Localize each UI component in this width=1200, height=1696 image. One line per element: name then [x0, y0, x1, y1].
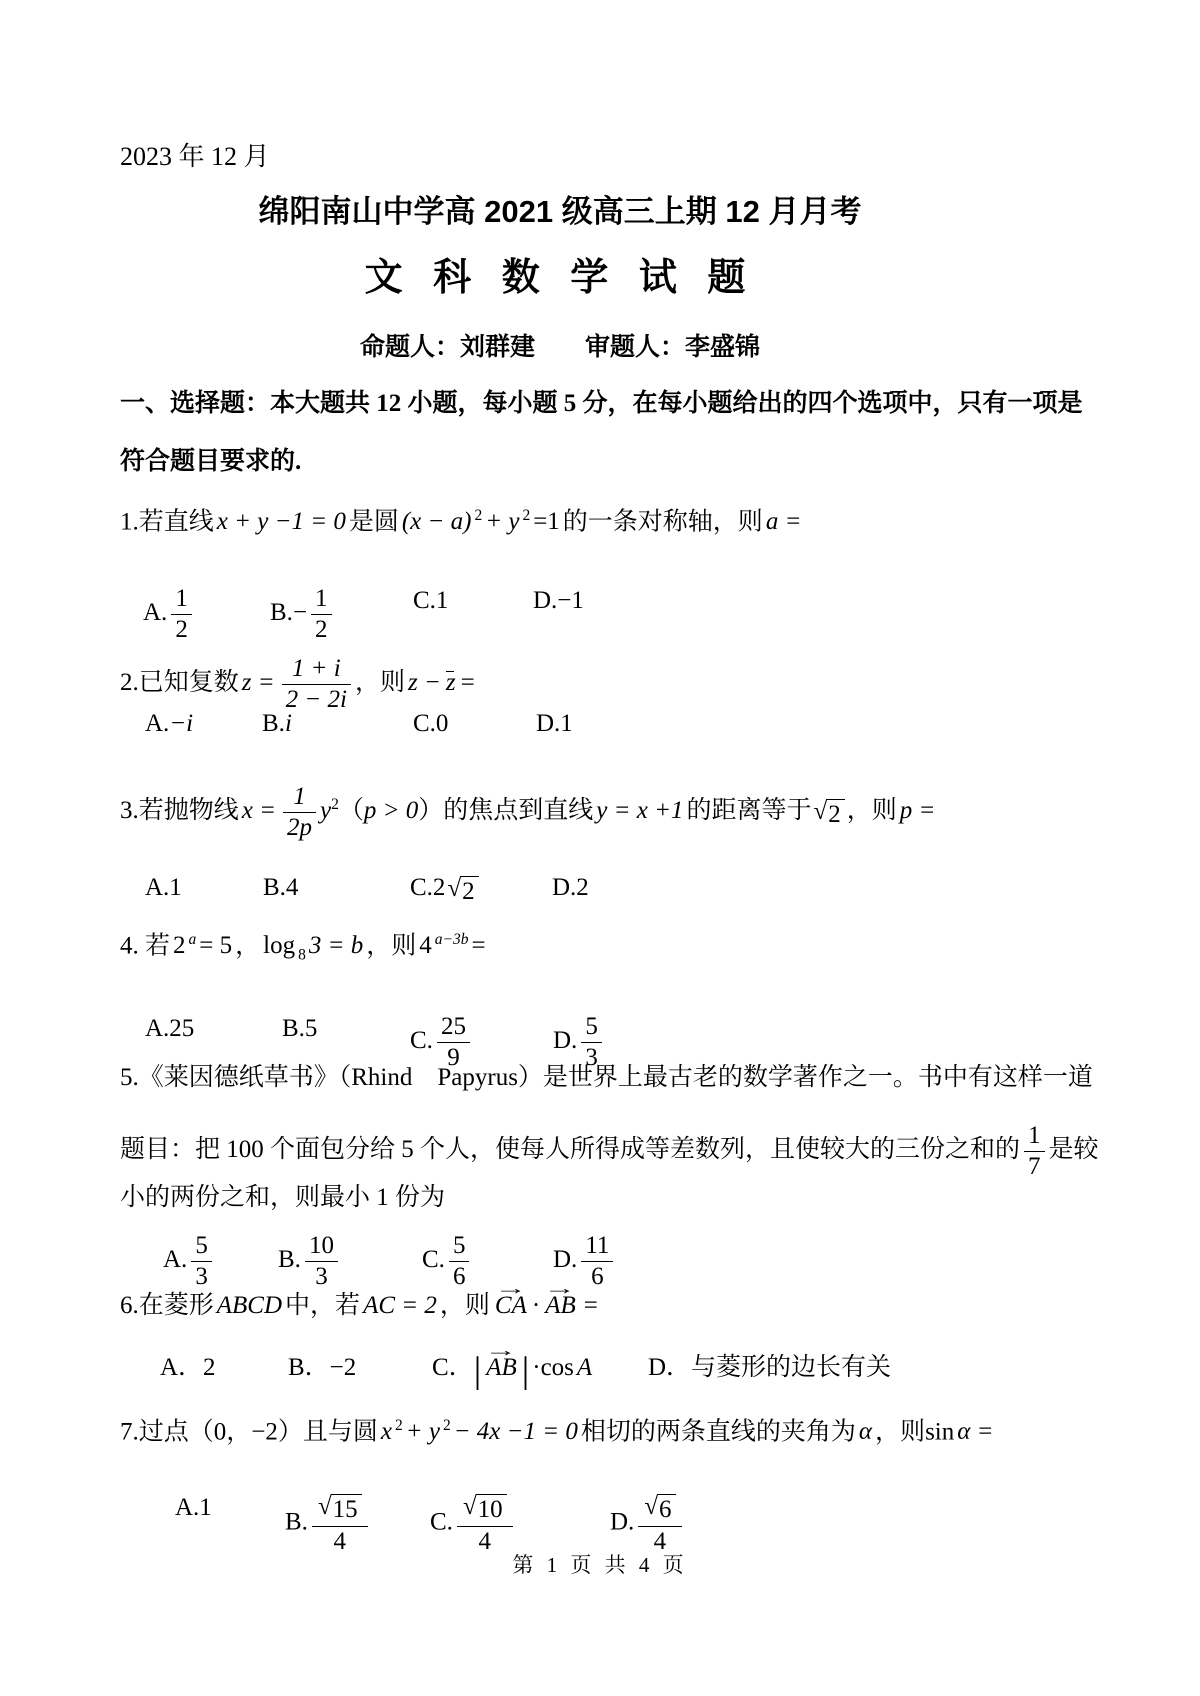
math-run: a = — [766, 508, 802, 535]
option-label: C. — [430, 1509, 453, 1536]
question-2-stem: 2.已知复数z =1 + i2 − 2i，则z −z= — [120, 655, 478, 714]
text-run: 相切的两条直线的夹角为 — [581, 1418, 856, 1445]
abs-bar: | — [474, 1350, 482, 1391]
text-run: （ — [339, 797, 364, 824]
option-b: B．−2 — [288, 1352, 356, 1385]
section-heading-line1: 一、选择题：本大题共 12 小题，每小题 5 分，在每小题给出的四个选项中，只有… — [120, 388, 1083, 421]
fraction-numerator: 1 + i — [282, 655, 351, 684]
option-label: B. — [270, 599, 293, 626]
option-label: A.1 — [145, 874, 182, 901]
option-a: A.25 — [145, 1013, 194, 1046]
fraction: 12 — [171, 585, 192, 644]
fraction-numerator: 1 — [311, 585, 332, 614]
option-a: A．2 — [160, 1352, 216, 1385]
math-run: α — [859, 1418, 872, 1445]
fraction-numerator: √10 — [457, 1492, 513, 1526]
fraction: 17 — [1024, 1122, 1045, 1181]
text-run: ）的焦点到直线 — [418, 797, 593, 824]
section-heading-line2: 符合题目要求的. — [120, 446, 301, 479]
option-c: C.1 — [413, 585, 448, 618]
fraction: √104 — [457, 1492, 513, 1556]
option-c: C.2√2 — [410, 872, 481, 907]
option-label: A. — [143, 599, 167, 626]
option-label: C.2 — [410, 874, 445, 901]
question-5-line1: 5.《莱因德纸草书》（Rhind Papyrus）是世界上最古老的数学著作之一。… — [120, 1062, 1093, 1095]
fraction-numerator: 1 — [283, 783, 316, 812]
question-5-line3: 小的两份之和，则最小 1 份为 — [120, 1182, 445, 1215]
text-run: 7.过点（0，−2）且与圆 — [120, 1418, 378, 1445]
vector-arrow-icon: → — [495, 1279, 527, 1297]
text-run: 中，若 — [285, 1292, 360, 1319]
vector-arrow-icon: → — [544, 1279, 576, 1297]
option-label: C． — [432, 1354, 474, 1381]
math-run: = 5 — [199, 932, 232, 959]
fraction-numerator: 11 — [581, 1232, 613, 1261]
text-run: 是圆 — [349, 508, 399, 535]
option-label: B. — [262, 710, 285, 737]
fraction-denominator: 2 — [171, 614, 192, 644]
fraction: 56 — [449, 1232, 470, 1291]
text-run: 2.已知复数 — [120, 669, 239, 696]
fraction-numerator: 1 — [171, 585, 192, 614]
option-d: D．与菱形的边长有关 — [648, 1352, 891, 1385]
fraction-numerator: √6 — [638, 1492, 681, 1526]
fraction-denominator: 6 — [581, 1261, 613, 1291]
option-a: A.1 — [145, 872, 182, 905]
fraction-numerator: 25 — [437, 1013, 470, 1042]
option-label: C. — [410, 1027, 433, 1054]
option-a: A.1 — [175, 1492, 212, 1525]
radical-sign: √ — [447, 876, 461, 902]
text-run: ，则 — [847, 797, 897, 824]
vector-ab: →AB — [486, 1352, 517, 1385]
option-d: D.2 — [552, 872, 589, 905]
question-2-options: A.−i B.i C.0 D.1 — [0, 708, 1200, 788]
option-a: A.12 — [143, 585, 196, 644]
abs-bar: | — [522, 1350, 530, 1391]
radical-sign: √ — [813, 799, 827, 825]
text-run: 4. 若 — [120, 932, 170, 959]
math-run: = — [471, 932, 485, 959]
radical-sign: √ — [463, 1494, 477, 1520]
option-label: A.1 — [175, 1494, 212, 1521]
math-run: + y — [485, 508, 519, 535]
option-d: D.1 — [536, 708, 573, 741]
math-run: = — [461, 669, 475, 696]
option-c: C．|→AB|·cosA — [432, 1352, 592, 1385]
authors-line: 命题人：刘群建 审题人：李盛锦 — [0, 332, 1120, 365]
vector-ca: →CA — [495, 1290, 527, 1323]
math-run: x + y −1 = 0 — [217, 508, 346, 535]
option-label: C.1 — [413, 587, 448, 614]
superscript: 2 — [522, 507, 530, 524]
option-label: B. — [285, 1509, 308, 1536]
fraction-denominator: 7 — [1024, 1151, 1045, 1181]
exam-subtitle: 文 科 数 学 试 题 — [0, 254, 1120, 303]
superscript: a — [189, 931, 197, 948]
text-run: 是较 — [1049, 1136, 1099, 1163]
vector-arrow-icon: → — [485, 1341, 517, 1359]
fraction-numerator: √15 — [312, 1492, 368, 1526]
math-run: p = — [900, 797, 936, 824]
question-1-options: A.12 B.−12 C.1 D.−1 — [0, 585, 1200, 665]
subscript: 8 — [298, 946, 306, 963]
radical-sign: √ — [318, 1494, 332, 1520]
option-a: A.53 — [163, 1232, 216, 1291]
math-run: 2 — [173, 932, 186, 959]
sqrt-expression: √15 — [318, 1494, 362, 1525]
option-label: C.0 — [413, 710, 448, 737]
sqrt-expression: √6 — [644, 1494, 675, 1525]
option-label: A.25 — [145, 1015, 194, 1042]
option-label: D. — [553, 1246, 577, 1273]
option-a: A.−i — [145, 708, 193, 741]
fraction: 103 — [305, 1232, 338, 1291]
minus-sign: − — [293, 599, 307, 626]
fraction-numerator: 1 — [1024, 1122, 1045, 1151]
fraction: √154 — [312, 1492, 368, 1556]
superscript: 2 — [331, 796, 339, 813]
superscript: 2 — [443, 1417, 451, 1434]
superscript: 2 — [395, 1417, 403, 1434]
page-number-footer: 第 1 页 共 4 页 — [0, 1552, 1200, 1579]
fraction-numerator: 5 — [449, 1232, 470, 1261]
fraction-denominator: 2 — [311, 614, 332, 644]
text-run: 的距离等于 — [686, 797, 811, 824]
radicand: 15 — [331, 1494, 362, 1525]
option-label: A. — [145, 710, 169, 737]
option-b: B.4 — [263, 872, 298, 905]
sqrt-expression: √2 — [447, 876, 478, 907]
option-label: D.−1 — [533, 587, 584, 614]
fraction-numerator: 5 — [581, 1013, 602, 1042]
math-run: x = — [242, 797, 276, 824]
radicand: 2 — [826, 799, 845, 830]
math-run: =1 — [533, 508, 560, 535]
option-label: D. — [553, 1027, 577, 1054]
option-label: B.5 — [282, 1015, 317, 1042]
fraction: 116 — [581, 1232, 613, 1291]
text-run: 的一条对称轴，则 — [563, 508, 763, 535]
question-3-stem: 3.若抛物线x =12py2（p > 0）的焦点到直线y = x +1的距离等于… — [120, 783, 938, 842]
math-run: y = x +1 — [596, 797, 683, 824]
text-run: ，则 — [875, 1418, 925, 1445]
option-label: D.2 — [552, 874, 589, 901]
fraction: 12 — [311, 585, 332, 644]
option-label: B. — [278, 1246, 301, 1273]
fraction-denominator: 6 — [449, 1261, 470, 1291]
option-c: C.√104 — [430, 1492, 517, 1556]
option-c: C.0 — [413, 708, 448, 741]
option-b: B.103 — [278, 1232, 342, 1291]
text-run: ，则 — [366, 932, 416, 959]
option-label: B.4 — [263, 874, 298, 901]
option-c: C.56 — [422, 1232, 473, 1291]
math-run: x — [381, 1418, 392, 1445]
fraction: 53 — [191, 1232, 212, 1291]
math-run: AC = 2 — [363, 1292, 437, 1319]
math-run: −i — [169, 710, 193, 737]
option-label: D. — [610, 1509, 634, 1536]
question-7-stem: 7.过点（0，−2）且与圆x2+ y2− 4x −1 = 0相切的两条直线的夹角… — [120, 1416, 997, 1449]
option-b: B.i — [262, 708, 292, 741]
vector-ab: →AB — [545, 1290, 576, 1323]
option-b: B.−12 — [270, 585, 336, 644]
option-label: D．与菱形的边长有关 — [648, 1354, 891, 1381]
math-run: − 4x −1 = 0 — [454, 1418, 578, 1445]
dot-operator: · — [532, 1292, 540, 1319]
option-label: B．−2 — [288, 1354, 356, 1381]
math-run: α = — [957, 1418, 993, 1445]
option-d: D.√64 — [610, 1492, 686, 1556]
option-label: C. — [422, 1246, 445, 1273]
math-run: z = — [242, 669, 275, 696]
option-label: D.1 — [536, 710, 573, 737]
radical-sign: √ — [644, 1494, 658, 1520]
math-run: y — [320, 797, 331, 824]
question-4-stem: 4. 若2a= 5，log83 = b，则4a−3b= — [120, 930, 489, 965]
math-function: sin — [925, 1418, 954, 1445]
superscript: 2 — [474, 507, 482, 524]
fraction-denominator: 2p — [283, 812, 316, 842]
math-run: (x − a) — [402, 508, 472, 535]
math-run: i — [285, 710, 292, 737]
exam-title: 绵阳南山中学高 2021 级高三上期 12 月月考 — [0, 192, 1120, 232]
text-run: 1.若直线 — [120, 508, 214, 535]
text-run: 6.在菱形 — [120, 1292, 214, 1319]
text-run: 3.若抛物线 — [120, 797, 239, 824]
fraction-denominator: 3 — [305, 1261, 338, 1291]
text-run: ，则 — [355, 669, 405, 696]
math-run: ·cos — [532, 1354, 574, 1381]
math-run: = — [584, 1292, 598, 1319]
radicand: 10 — [476, 1494, 507, 1525]
question-1-stem: 1.若直线x + y −1 = 0是圆(x − a)2+ y2=1的一条对称轴，… — [120, 506, 804, 539]
sqrt-expression: √2 — [813, 799, 844, 830]
fraction-numerator: 5 — [191, 1232, 212, 1261]
fraction-denominator: 3 — [191, 1261, 212, 1291]
sqrt-expression: √10 — [463, 1494, 507, 1525]
option-label: A. — [163, 1246, 187, 1273]
option-d: D.−1 — [533, 585, 584, 618]
fraction-numerator: 10 — [305, 1232, 338, 1261]
math-run: 3 = b — [309, 932, 363, 959]
math-run: z − — [408, 669, 441, 696]
text-run: 题目：把 100 个面包分给 5 个人，使每人所得成等差数列，且使较大的三份之和… — [120, 1136, 1020, 1163]
math-run: + y — [406, 1418, 440, 1445]
text-run: ， — [235, 932, 260, 959]
fraction: 1 + i2 − 2i — [282, 655, 351, 714]
fraction: 12p — [283, 783, 316, 842]
radicand: 6 — [657, 1494, 676, 1525]
conjugate-z: z — [446, 667, 456, 700]
math-run: A — [577, 1354, 592, 1381]
math-run: ABCD — [217, 1292, 282, 1319]
question-5-line2: 题目：把 100 个面包分给 5 个人，使每人所得成等差数列，且使较大的三份之和… — [120, 1122, 1099, 1181]
superscript: a−3b — [435, 931, 469, 948]
question-6-stem: 6.在菱形ABCD中，若AC = 2，则→CA·→AB= — [120, 1290, 601, 1323]
fraction: √64 — [638, 1492, 681, 1556]
option-b: B.5 — [282, 1013, 317, 1046]
option-b: B.√154 — [285, 1492, 372, 1556]
math-run: p > 0 — [364, 797, 418, 824]
page-date: 2023 年 12 月 — [120, 140, 270, 174]
math-run: 4 — [419, 932, 432, 959]
option-label: A．2 — [160, 1354, 216, 1381]
radicand: 2 — [460, 876, 479, 907]
text-run: ，则 — [440, 1292, 490, 1319]
math-run: log — [263, 932, 295, 959]
